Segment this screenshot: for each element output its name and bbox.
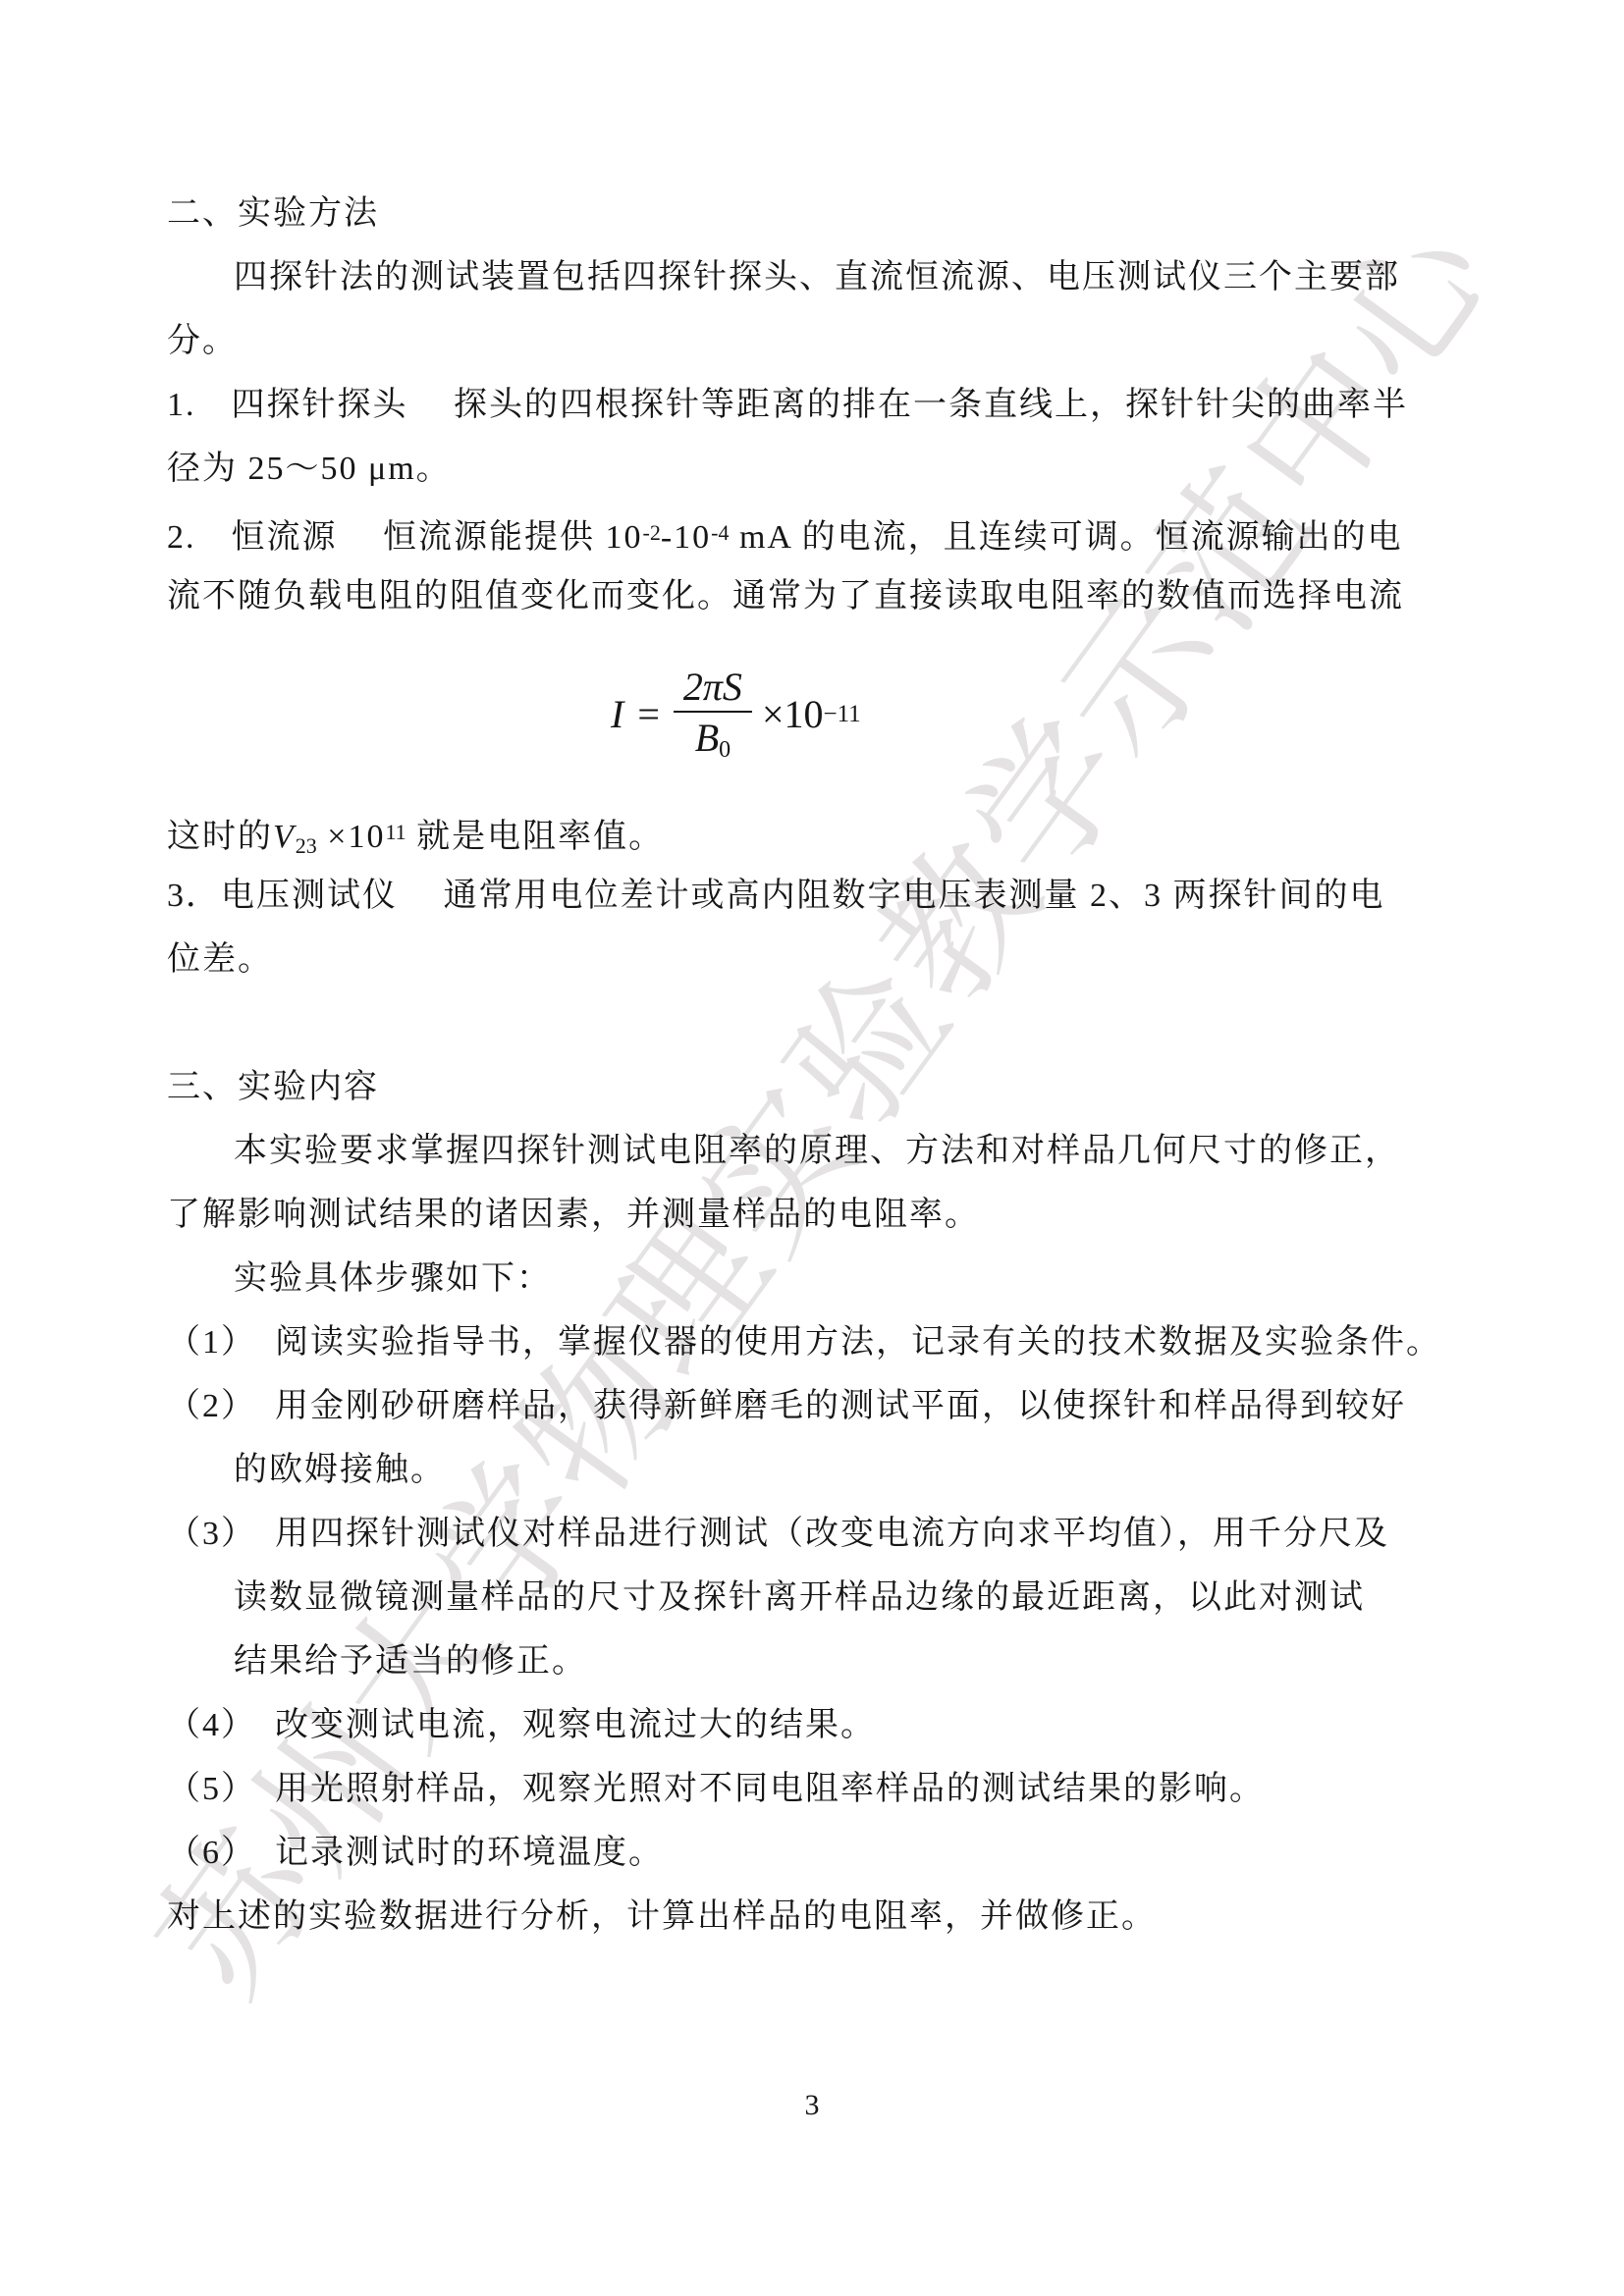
method-item1-line-2: 径为 25～50 μm。 (167, 437, 1459, 501)
after-superscript-11: 11 (385, 820, 406, 844)
step-3-line-2: 读数显微镜测量样品的尺寸及探针离开样品边缘的最近距离，以此对测试 (167, 1566, 1459, 1629)
after-segment-1: 这时的 (167, 819, 273, 855)
content-para-line-1: 本实验要求掌握四探针测试电阻率的原理、方法和对样品几何尺寸的修正， (167, 1119, 1459, 1183)
page-footer: 3 (0, 2089, 1624, 2122)
step-4-line: （4） 改变测试电流，观察电流过大的结果。 (167, 1693, 1459, 1757)
method-intro-line-1: 四探针法的测试装置包括四探针探头、直流恒流源、电压测试仪三个主要部 (167, 245, 1459, 309)
step-2-line-1: （2） 用金刚砂研磨样品，获得新鲜磨毛的测试平面，以使探针和样品得到较好 (167, 1374, 1459, 1438)
formula-lhs: I (611, 691, 623, 737)
item2-segment-2: -10 (661, 519, 711, 556)
after-subscript-23: 23 (296, 833, 317, 858)
step-2-line-2: 的欧姆接触。 (167, 1438, 1459, 1502)
formula-times-ten: ×10 (762, 691, 824, 737)
method-item3-line-2: 位差。 (167, 928, 1459, 991)
formula-exponent: −11 (824, 701, 861, 728)
blank-line (167, 991, 1459, 1055)
step-6-line: （6） 记录测试时的环境温度。 (167, 1821, 1459, 1885)
formula-fraction: 2πS B0 (674, 666, 752, 763)
closing-line: 对上述的实验数据进行分析，计算出样品的电阻率，并做修正。 (167, 1885, 1459, 1949)
page-number: 3 (805, 2089, 820, 2121)
item2-superscript-2: -4 (711, 520, 729, 545)
step-1-line: （1） 阅读实验指导书，掌握仪器的使用方法，记录有关的技术数据及实验条件。 (167, 1310, 1459, 1374)
page-content: 二、实验方法 四探针法的测试装置包括四探针探头、直流恒流源、电压测试仪三个主要部… (0, 0, 1624, 1949)
item2-segment-3: mA 的电流，且连续可调。恒流源输出的电 (729, 519, 1402, 556)
document-page: 苏州大学物理实验教学示范中心 二、实验方法 四探针法的测试装置包括四探针探头、直… (0, 0, 1624, 2296)
formula-den-base: B (695, 716, 719, 760)
formula-numerator: 2πS (674, 666, 752, 713)
section-content-heading: 三、实验内容 (167, 1055, 1459, 1119)
method-item2-line-2: 流不随负载电阻的阻值变化而变化。通常为了直接读取电阻率的数值而选择电流 (167, 564, 1459, 628)
after-formula-line: 这时的V23 ×1011 就是电阻率值。 (167, 800, 1459, 864)
current-formula: I = 2πS B0 ×10 −11 (167, 628, 1459, 800)
method-item3-line-1: 3．电压测试仪 通常用电位差计或高内阻数字电压表测量 2、3 两探针间的电 (167, 864, 1459, 928)
method-intro-line-2: 分。 (167, 309, 1459, 373)
formula-den-subscript: 0 (719, 737, 731, 763)
step-5-line: （5） 用光照射样品，观察光照对不同电阻率样品的测试结果的影响。 (167, 1757, 1459, 1821)
steps-intro-line: 实验具体步骤如下： (167, 1247, 1459, 1310)
formula-denominator: B0 (695, 713, 731, 763)
section-method-heading: 二、实验方法 (167, 182, 1459, 245)
step-3-line-1: （3） 用四探针测试仪对样品进行测试（改变电流方向求平均值），用千分尺及 (167, 1502, 1459, 1566)
item2-superscript-1: -2 (643, 520, 661, 545)
formula-equals: = (637, 691, 660, 737)
method-item1-line-1: 1. 四探针探头 探头的四根探针等距离的排在一条直线上，探针针尖的曲率半 (167, 373, 1459, 437)
step-3-line-3: 结果给予适当的修正。 (167, 1629, 1459, 1693)
content-para-line-2: 了解影响测试结果的诸因素，并测量样品的电阻率。 (167, 1183, 1459, 1247)
after-segment-2: ×10 (317, 819, 386, 855)
after-segment-3: 就是电阻率值。 (406, 819, 665, 855)
method-item2-line-1: 2. 恒流源 恒流源能提供 10-2-10-4 mA 的电流，且连续可调。恒流源… (167, 501, 1459, 564)
item2-segment-1: 2. 恒流源 恒流源能提供 10 (167, 519, 643, 556)
after-variable-v: V (273, 819, 296, 855)
